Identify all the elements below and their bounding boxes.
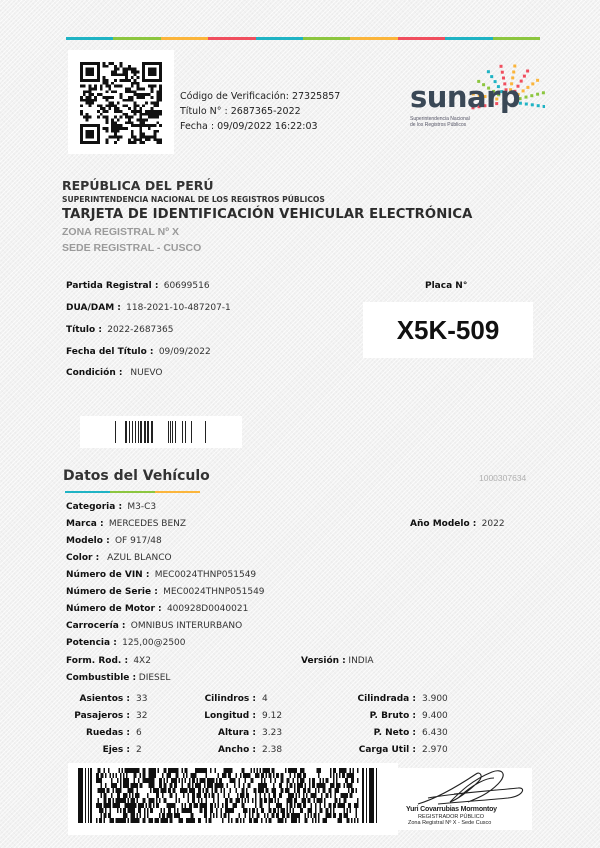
registrar-signature: Yuri Covarrubias Mormontoy REGISTRADOR P… [398,768,532,830]
field-serie: Número de Serie : MEC0024THNP051549 [66,586,265,597]
agency-heading: SUPERINTENDENCIA NACIONAL DE LOS REGISTR… [62,195,325,204]
plate-number: X5K-509 [397,315,500,346]
issue-date: Fecha : 09/09/2022 16:22:03 [180,119,340,134]
title-number: Título N° : 2687365-2022 [180,104,340,119]
qr-code [68,50,174,154]
document-title: TARJETA DE IDENTIFICACIÓN VEHICULAR ELEC… [62,207,472,222]
logo-subtitle-line2: de los Registros Públicos [410,122,470,128]
field-marca: Marca : MERCEDES BENZ [66,518,186,529]
field-anio-modelo: Año Modelo : 2022 [410,518,505,529]
registrar-name: Yuri Covarrubias Mormontoy [406,806,497,813]
section-title-vehicle-data: Datos del Vehículo [63,468,210,484]
pdf417-barcode [68,763,398,835]
verification-block: Código de Verificación: 27325857 Título … [180,89,340,134]
field-dua: DUA/DAM : 118-2021-10-487207-1 [66,302,231,313]
vehicle-id-card: Código de Verificación: 27325857 Título … [0,0,600,848]
field-combustible: Combustible : DIESEL [66,672,170,683]
sunarp-logo: sunarp Superintendencia Nacional de los … [405,58,545,138]
field-vin: Número de VIN : MEC0024THNP051549 [66,569,256,580]
signature-scribble-icon [398,768,532,808]
field-titulo: Título : 2022-2687365 [66,324,173,335]
field-color: Color : AZUL BLANCO [66,552,172,563]
field-partida: Partida Registral : 60699516 [66,280,210,291]
country-heading: REPÚBLICA DEL PERÚ [62,178,214,193]
document-number: 1000307634 [479,473,526,483]
registry-seat: SEDE REGISTRAL - CUSCO [62,242,201,254]
field-motor: Número de Motor : 400928D0040021 [66,603,248,614]
barcode-small [80,416,242,448]
logo-subtitle: Superintendencia Nacional de los Registr… [410,116,470,128]
field-form-rod: Form. Rod. : 4X2 [66,655,151,666]
field-version: Versión : INDIA [301,655,374,666]
field-potencia: Potencia : 125,00@2500 [66,637,186,648]
plate-box: X5K-509 [363,302,533,358]
field-condicion: Condición : NUEVO [66,367,162,378]
field-carroceria: Carrocería : OMNIBUS INTERURBANO [66,620,242,631]
field-fecha-titulo: Fecha del Título : 09/09/2022 [66,346,211,357]
field-modelo: Modelo : OF 917/48 [66,535,162,546]
verification-code: Código de Verificación: 27325857 [180,89,340,104]
field-categoria: Categoria : M3-C3 [66,501,156,512]
logo-wordmark: sunarp [410,80,520,114]
registrar-zone: Zona Registral Nº X - Sede Cusco [408,820,491,826]
section-underline [65,491,200,493]
color-stripe [66,37,540,40]
plate-label: Placa N° [425,281,467,291]
registry-zone: ZONA REGISTRAL Nº X [62,226,179,238]
